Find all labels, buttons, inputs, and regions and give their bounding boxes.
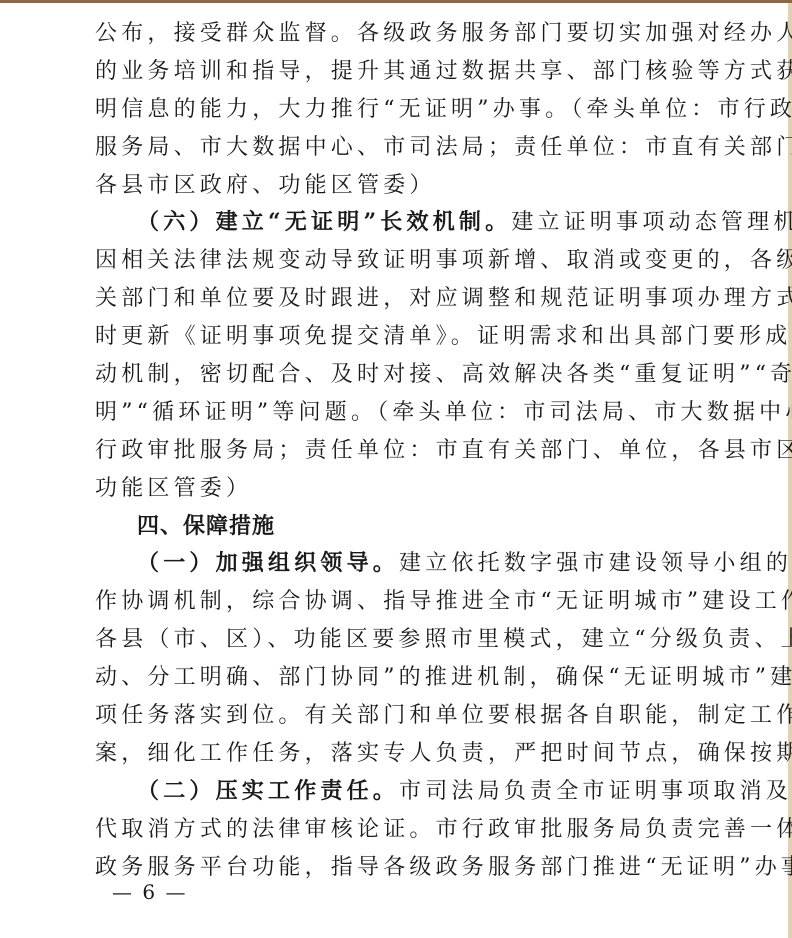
section-six-title: （六）建立“无证明”长效机制。 <box>137 209 511 235</box>
body-line: 动、分工明确、部门协同”的推进机制，确保“无证明城市”建设各 <box>95 659 681 697</box>
body-line: 关部门和单位要及时跟进，对应调整和规范证明事项办理方式，实 <box>95 280 681 318</box>
body-line: 明信息的能力，大力推行“无证明”办事。（牵头单位：市行政审批 <box>95 91 681 129</box>
subsection-two-line: （二）压实工作责任。市司法局负责全市证明事项取消及替 <box>95 773 681 811</box>
body-line: 公布，接受群众监督。各级政务服务部门要切实加强对经办人员 <box>95 15 681 53</box>
top-border <box>0 0 792 3</box>
body-line: 代取消方式的法律审核论证。市行政审批服务局负责完善一体化 <box>95 811 681 849</box>
body-text: 建立证明事项动态管理机制， <box>511 210 792 235</box>
body-line: 行政审批服务局；责任单位：市直有关部门、单位，各县市区政府、 <box>95 432 681 470</box>
body-line: 作协调机制，综合协调、指导推进全市“无证明城市”建设工作。 <box>95 583 681 621</box>
body-line: 动机制，密切配合、及时对接、高效解决各类“重复证明”“奇葩证 <box>95 356 681 394</box>
document-page: 公布，接受群众监督。各级政务服务部门要切实加强对经办人员 的业务培训和指导，提升… <box>95 15 681 886</box>
subsection-one-title: （一）加强组织领导。 <box>137 550 399 576</box>
subsection-one-line: （一）加强组织领导。建立依托数字强市建设领导小组的工 <box>95 545 681 583</box>
body-line: 功能区管委） <box>95 470 681 508</box>
body-text: 建立依托数字强市建设领导小组的工 <box>399 551 792 576</box>
body-line: 明”“循环证明”等问题。（牵头单位：市司法局、市大数据中心、市 <box>95 394 681 432</box>
body-line: 案，细化工作任务，落实专人负责，严把时间节点，确保按期完成。 <box>95 735 681 773</box>
body-line: 的业务培训和指导，提升其通过数据共享、部门核验等方式获取证 <box>95 53 681 91</box>
section-six-line: （六）建立“无证明”长效机制。建立证明事项动态管理机制， <box>95 204 681 242</box>
page-number: — 6 — <box>112 880 187 904</box>
body-line: 因相关法律法规变动导致证明事项新增、取消或变更的，各级各有 <box>95 242 681 280</box>
body-line: 服务局、市大数据中心、市司法局；责任单位：市直有关部门、单位， <box>95 129 681 167</box>
body-line: 项任务落实到位。有关部门和单位要根据各自职能，制定工作方 <box>95 697 681 735</box>
body-line: 各县市区政府、功能区管委） <box>95 167 681 205</box>
subsection-two-title: （二）压实工作责任。 <box>137 778 399 804</box>
body-line: 时更新《证明事项免提交清单》。证明需求和出具部门要形成联 <box>95 318 681 356</box>
body-text: 市司法局负责全市证明事项取消及替 <box>399 779 792 804</box>
body-line: 各县（市、区）、功能区要参照市里模式，建立“分级负责、上下联 <box>95 621 681 659</box>
section-heading-safeguards: 四、保障措施 <box>95 508 681 546</box>
